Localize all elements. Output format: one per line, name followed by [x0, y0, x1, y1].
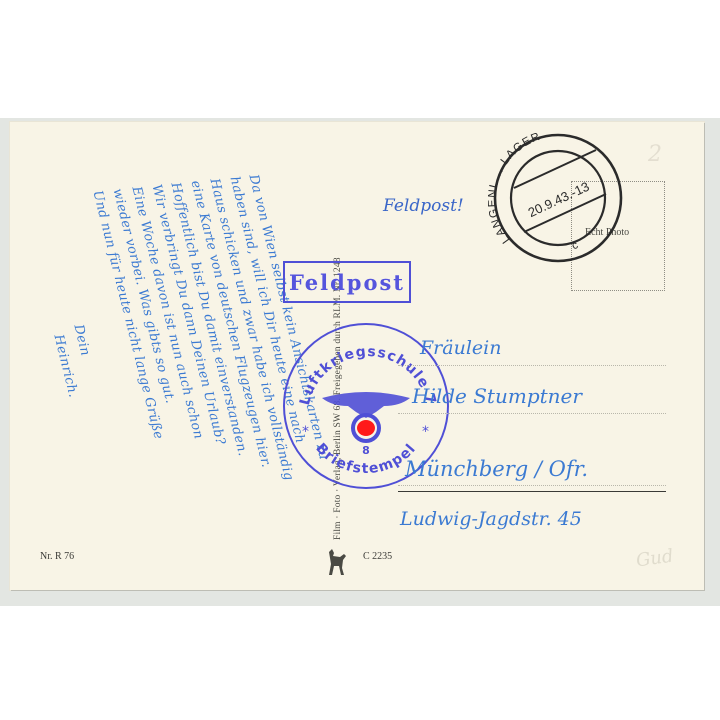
handwritten-message: Da von Wien selbst kein Ansichtskarten z…	[28, 165, 268, 545]
feldpost-stamp-text: Feldpost	[289, 270, 405, 295]
address-line4-text: Ludwig-Jagdstr. 45	[400, 508, 582, 530]
svg-text:*: *	[422, 424, 429, 440]
feldpost-stamp: Feldpost	[283, 261, 411, 303]
svg-text:20.9.43.-13: 20.9.43.-13	[526, 179, 592, 220]
pencil-note-top: 2	[648, 142, 662, 167]
address-line-3	[398, 485, 666, 486]
address-line-solid	[398, 491, 666, 492]
message-line: Dein	[70, 323, 92, 358]
address-line-1	[398, 365, 666, 366]
catalog-number: C 2235	[363, 551, 392, 562]
address-line-2	[398, 413, 666, 414]
address-header: Feldpost!	[383, 196, 464, 216]
address-line1-text: Fräulein	[420, 337, 501, 359]
series-number: Nr. R 76	[40, 551, 74, 562]
svg-text:8: 8	[362, 444, 370, 457]
address-line2-text: Hilde Stumptner	[412, 384, 582, 408]
postmark: LANGENL... LAGER 20.9.43.-13 c	[488, 128, 628, 268]
svg-text:*: *	[302, 424, 309, 440]
publisher-deer-logo-icon	[326, 548, 348, 576]
address-line3-text: Münchberg / Ofr.	[405, 457, 588, 481]
